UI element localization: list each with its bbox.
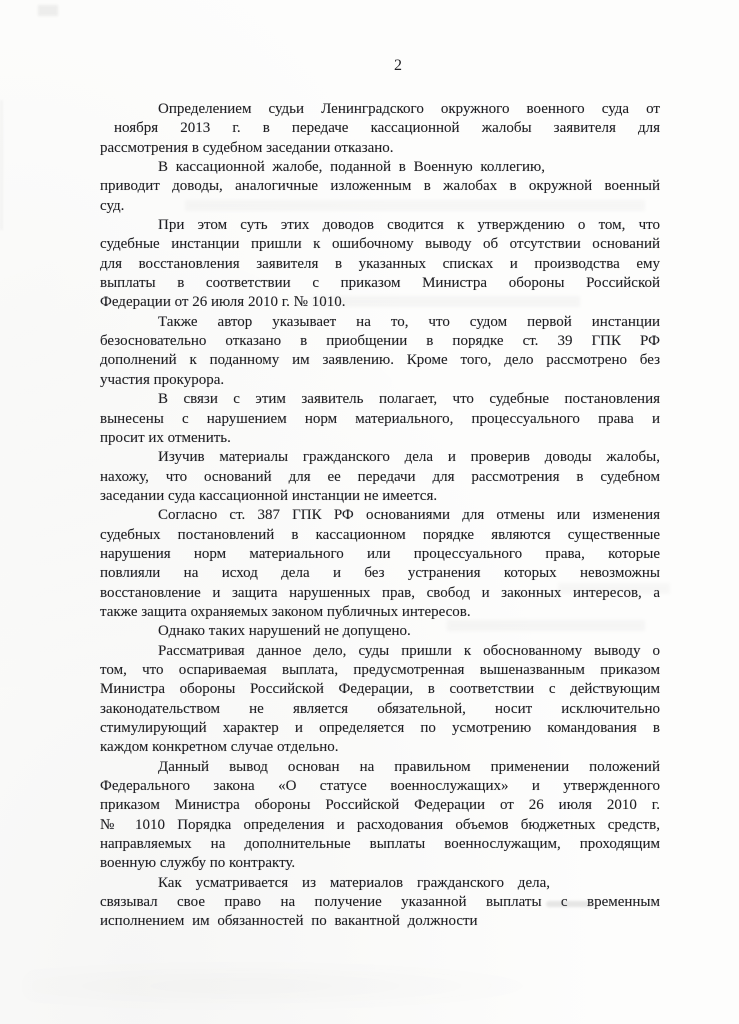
text-line: Федерации от 26 июля 2010 г. № 1010. [100, 293, 660, 312]
text-line: связывал свое право на получение указанн… [100, 893, 660, 912]
text-line: Однако таких нарушений не допущено. [100, 622, 660, 641]
text-line: просит их отменить. [100, 429, 660, 448]
document-body: Определением судьи Ленинградского окружн… [100, 100, 660, 932]
text-line: нахожу, что оснований для ее передачи дл… [100, 468, 660, 487]
text-line: заседании суда кассационной инстанции не… [100, 487, 660, 506]
text-line: Федерального закона «О статусе военнослу… [100, 777, 660, 796]
text-line: стимулирующий характер и определяется по… [100, 719, 660, 738]
text-line: законодательством не является обязательн… [100, 700, 660, 719]
text-line: приказом Министра обороны Российской Фед… [100, 796, 660, 815]
text-line: Как усматривается из материалов гражданс… [100, 874, 660, 893]
text-line: Министра обороны Российской Федерации, в… [100, 680, 660, 699]
text-line: Данный вывод основан на правильном приме… [100, 758, 660, 777]
text-line: участия прокурора. [100, 371, 660, 390]
text-line: для восстановления заявителя в указанных… [100, 255, 660, 274]
text-line: рассмотрения в судебном заседании отказа… [100, 139, 660, 158]
text-line: нарушения норм материального или процесс… [100, 545, 660, 564]
document-page: 2 Определением судьи Ленинградского окру… [0, 0, 739, 1024]
text-line: каждом конкретном случае отдельно. [100, 738, 660, 757]
text-line: судебные инстанции пришли к ошибочному в… [100, 235, 660, 254]
text-line: вынесены с нарушением норм материального… [100, 410, 660, 429]
text-line: судебных постановлений в кассационном по… [100, 526, 660, 545]
text-line: исполнением им обязанностей по вакантной… [100, 912, 660, 931]
text-line: выплаты в соответствии с приказом Минист… [100, 274, 660, 293]
page-number: 2 [118, 56, 678, 76]
text-line: дополнений к поданному им заявлению. Кро… [100, 351, 660, 370]
scan-artifact [0, 100, 3, 230]
text-line: восстановление и защита нарушенных прав,… [100, 584, 660, 603]
text-line: Определением судьи Ленинградского окружн… [100, 100, 660, 119]
text-line: Рассматривая данное дело, суды пришли к … [100, 642, 660, 661]
text-line: том, что оспариваемая выплата, предусмот… [100, 661, 660, 680]
text-line: Также автор указывает на то, что судом п… [100, 313, 660, 332]
text-line: суд. [100, 197, 660, 216]
text-line: повлияли на исход дела и без устранения … [100, 564, 660, 583]
text-line: При этом суть этих доводов сводится к ут… [100, 216, 660, 235]
text-line: № 1010 Порядка определения и расходовани… [100, 816, 660, 835]
text-line: также защита охраняемых законом публичны… [100, 603, 660, 622]
text-line: Согласно ст. 387 ГПК РФ основаниями для … [100, 506, 660, 525]
scan-artifact [25, 962, 565, 1010]
text-line: В связи с этим заявитель полагает, что с… [100, 390, 660, 409]
text-line: военную службу по контракту. [100, 854, 660, 873]
scan-artifact [38, 5, 58, 16]
text-line: безосновательно отказано в приобщении в … [100, 332, 660, 351]
text-line: ноября 2013 г. в передаче кассационной ж… [100, 119, 660, 138]
text-line: В кассационной жалобе, поданной в Военну… [100, 158, 660, 177]
text-line: направляемых на дополнительные выплаты в… [100, 835, 660, 854]
text-line: приводит доводы, аналогичные изложенным … [100, 177, 660, 196]
text-line: Изучив материалы гражданского дела и про… [100, 448, 660, 467]
